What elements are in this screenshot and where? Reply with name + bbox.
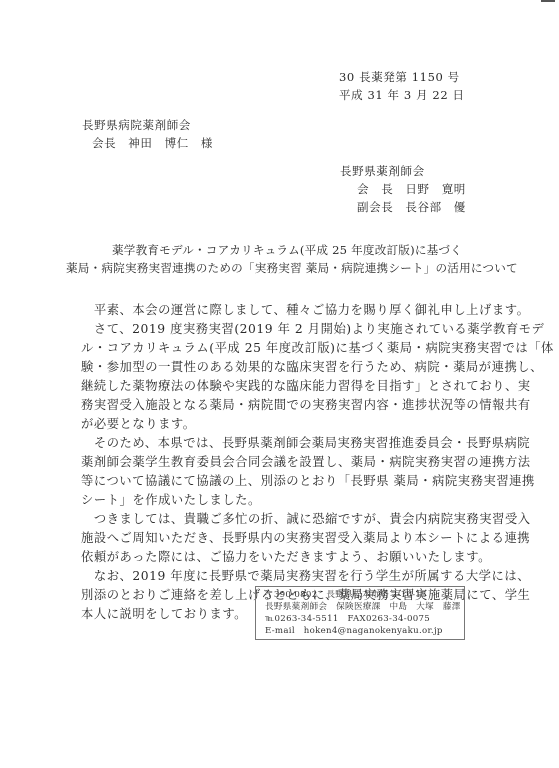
sender-vice-president: 副会長 長谷部 優: [357, 198, 466, 217]
body-line: 験・参加型の一貫性のある効果的な臨床実習を行うため、病院・薬局が連携し、: [81, 358, 457, 377]
contact-email[interactable]: E-mail hoken4@naganokenyaku.or.jp: [265, 625, 443, 638]
body-line: 依頼があった際には、ご協力をいただきますよう、お願いいたします。: [81, 548, 457, 567]
body-line: つきましては、貴職ご多忙の折、誠に恐縮ですが、貴会内病院実務実習受入: [81, 510, 457, 529]
body-line: シート」を作成いたしました。: [81, 491, 457, 510]
body-line: が必要となります。: [81, 415, 457, 434]
body-line: 薬剤師会薬学生教育委員会合同会議を設置し、薬局・病院実務実習の連携方法: [81, 453, 457, 472]
body-line: さて、2019 度実務実習(2019 年 2 月開始)より実施されている薬学教育…: [81, 320, 457, 339]
sender-organization: 長野県薬剤師会: [340, 162, 425, 181]
subject-line-1: 薬学教育モデル・コアカリキュラム(平成 25 年度改訂版)に基づく: [112, 241, 462, 260]
contact-box: 〒390-0802 長野県松本市旭 2-10-15 長野県薬剤師会 保険医療課 …: [255, 586, 465, 640]
body-line: 等について協議にて協議の上、別添のとおり「長野県 薬局・病院実務実習連携: [81, 472, 457, 491]
subject-line-2: 薬局・病院実務実習連携のための「実務実習 薬局・病院連携シート」の活用について: [66, 259, 518, 278]
body-line: 施設へご周知いただき、長野県内の実務実習受入薬局より本シートによる連携: [81, 529, 457, 548]
body-line: なお、2019 年度に長野県で薬局実務実習を行う学生が所属する大学には、: [81, 567, 457, 586]
body-line: そのため、本県では、長野県薬剤師会薬局実務実習推進委員会・長野県病院: [81, 434, 457, 453]
body-line: 継続した薬物療法の体験や実践的な臨床能力習得を目指す」とされており、実: [81, 377, 457, 396]
addressee-person: 会長 神田 博仁 様: [92, 134, 213, 153]
body-line: 平素、本会の運営に際しまして、種々ご協力を賜り厚く御礼申し上げます。: [81, 301, 457, 320]
contact-phone-fax: ℡0263-34-5511 FAX0263-34-0075: [265, 613, 430, 626]
reference-number: 30 長薬発第 1150 号: [339, 68, 460, 87]
addressee-organization: 長野県病院薬剤師会: [82, 116, 191, 135]
corner-mark: [541, 0, 555, 2]
body-line: 務実習受入施設となる薬局・病院間での実務実習内容・進捗状況等の情報共有: [81, 396, 457, 415]
body-line: ル・コアカリキュラム(平成 25 年度改訂版)に基づく薬局・病院実務実習では「体: [81, 339, 457, 358]
sender-president: 会 長 日野 寛明: [357, 180, 466, 199]
contact-address: 〒390-0802 長野県松本市旭 2-10-15: [265, 589, 427, 602]
document-date: 平成 31 年 3 月 22 日: [339, 86, 465, 105]
contact-department: 長野県薬剤師会 保険医療課 中島 大塚 藤澤: [265, 601, 461, 614]
